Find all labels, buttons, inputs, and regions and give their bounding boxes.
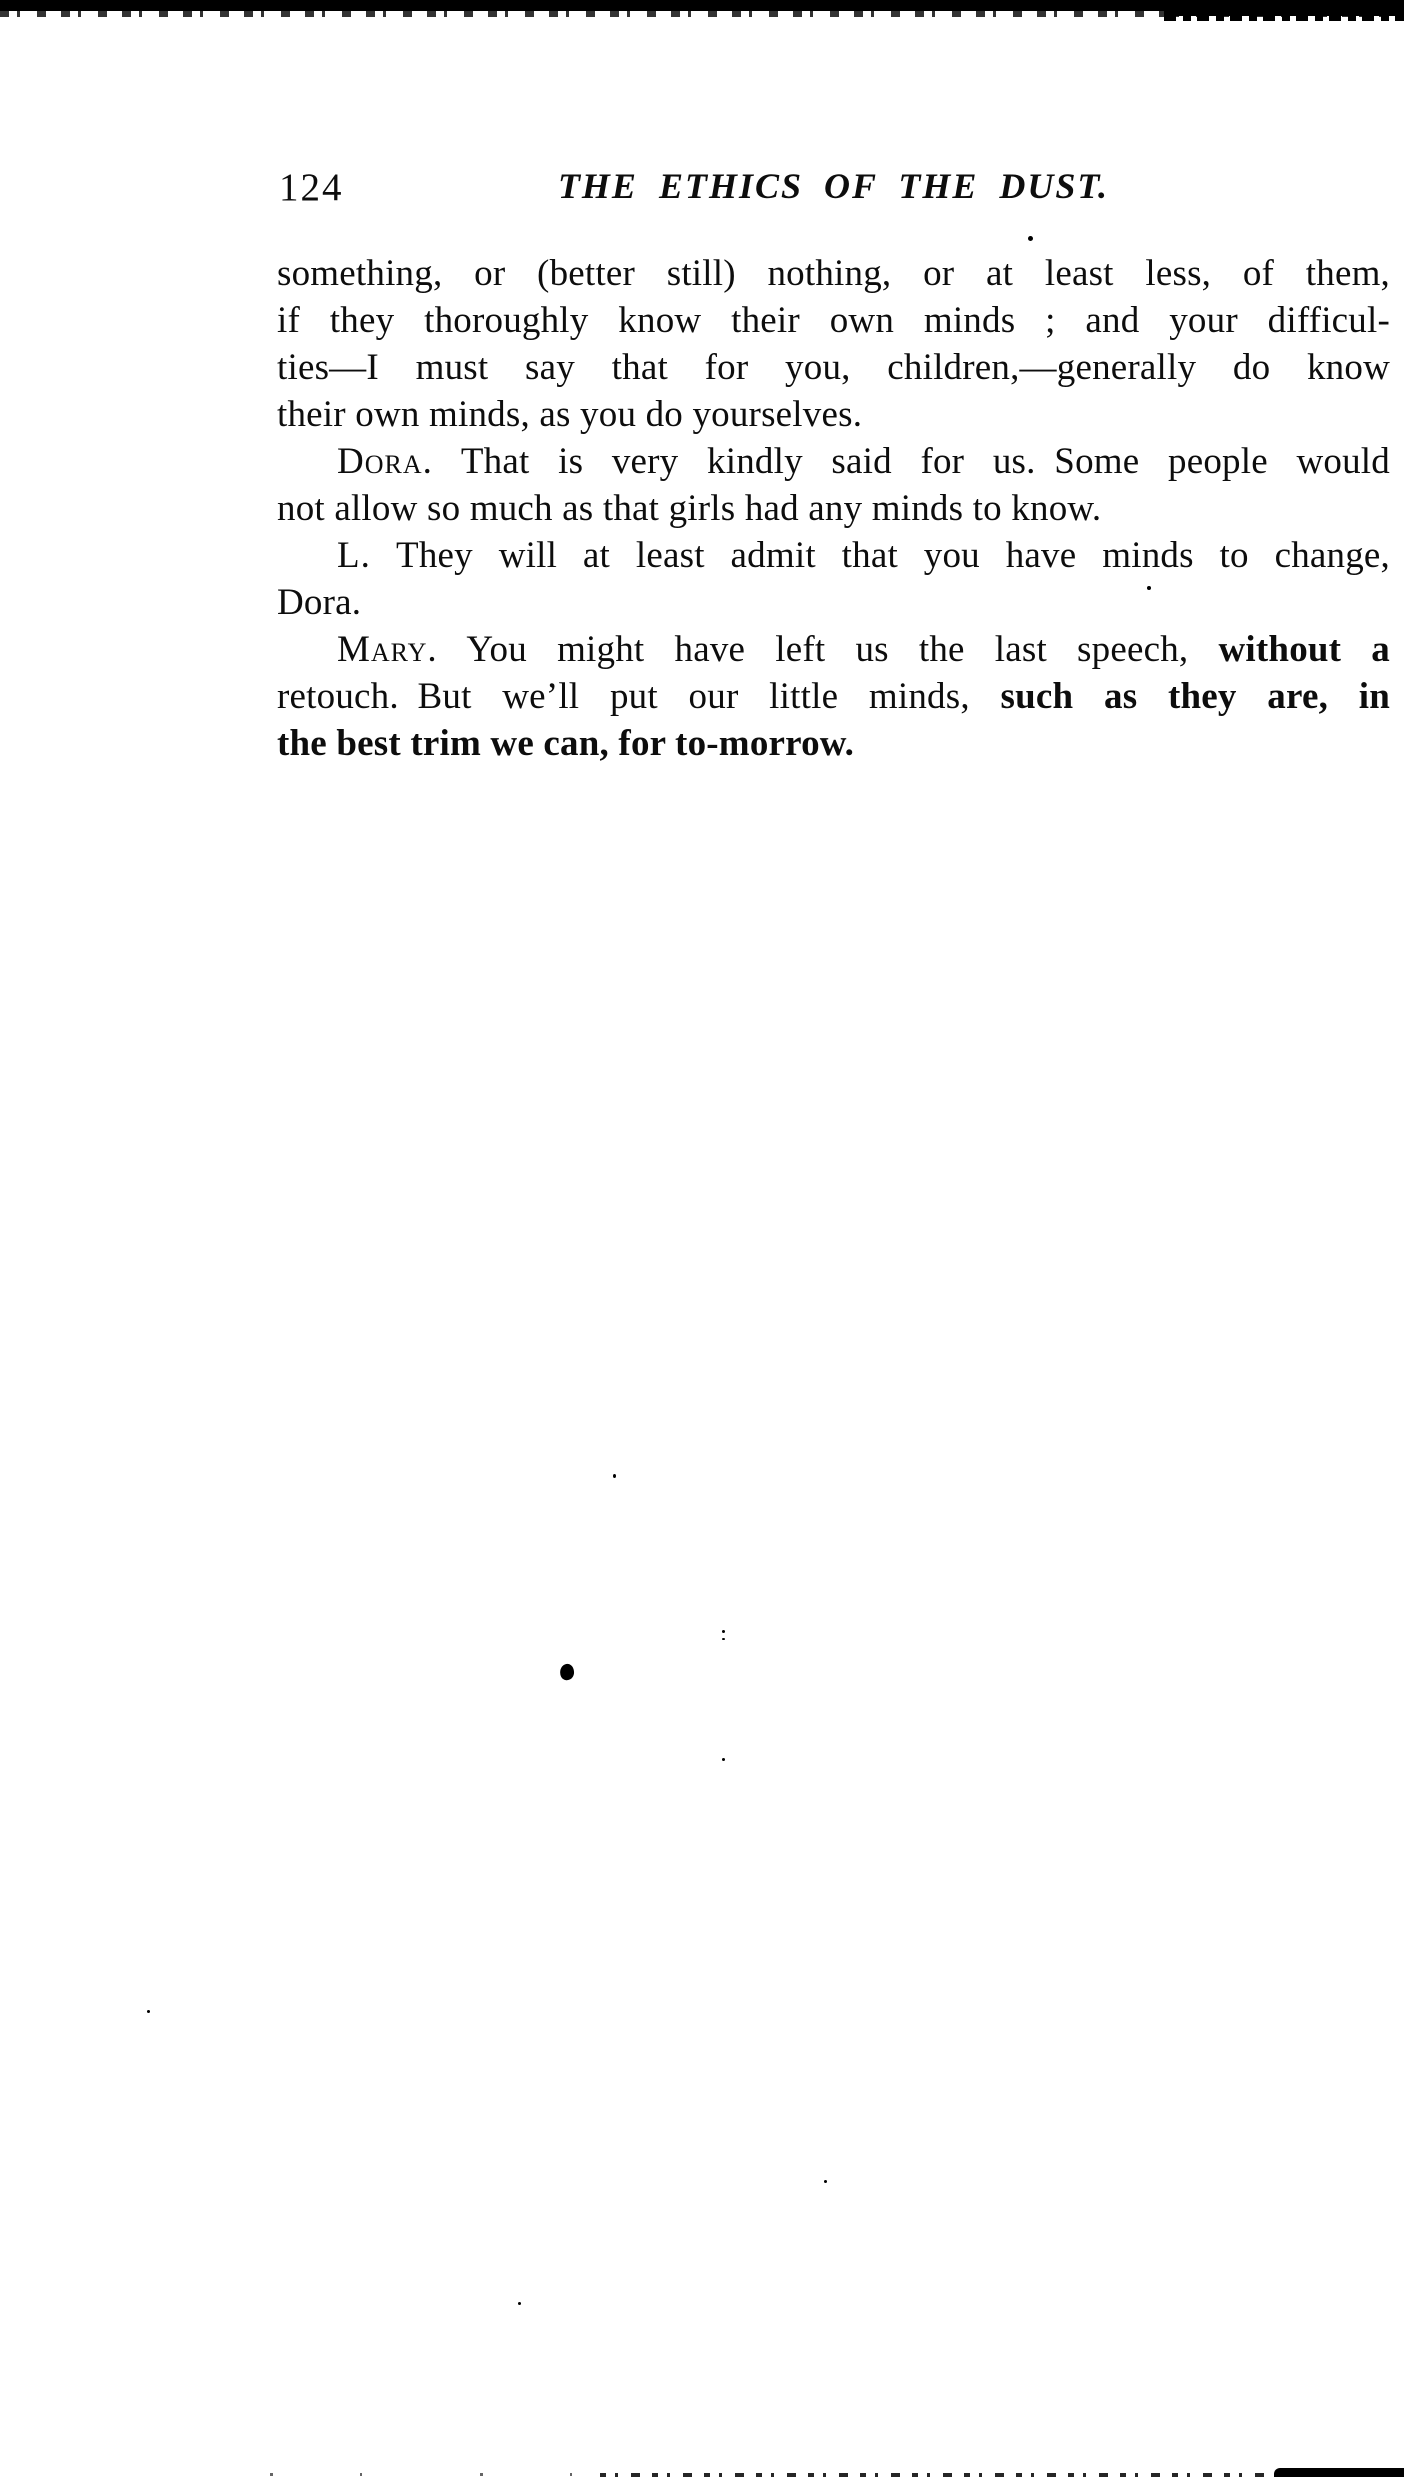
body-text: something, or (better still) nothing, or… <box>277 250 1390 767</box>
text-line: ties—I must say that for you, children,—… <box>277 344 1390 391</box>
text-line: L. They will at least admit that you hav… <box>277 532 1390 579</box>
speaker-name: L. <box>337 535 371 576</box>
text-line: Dora. <box>277 579 1390 626</box>
line-text: That is very kindly said for us. Some pe… <box>461 441 1390 482</box>
ink-speck <box>613 1474 616 1478</box>
line-text: They will at least admit that you have m… <box>396 535 1390 576</box>
text-line: the best trim we can, for to-morrow. <box>277 720 1390 767</box>
running-title: THE ETHICS OF THE DUST. <box>277 165 1390 207</box>
line-text-bold: without a <box>1219 629 1391 670</box>
text-line: something, or (better still) nothing, or… <box>277 250 1390 297</box>
line-text: if they thoroughly know their own minds … <box>277 300 1390 341</box>
line-text: not allow so much as that girls had any … <box>277 488 1101 529</box>
scan-edge-bottom-strip <box>600 2473 1279 2477</box>
ink-blot <box>558 1663 575 1682</box>
ink-speck <box>518 2302 521 2305</box>
scan-edge-bottom-specks <box>270 2473 600 2476</box>
page-header: 124 THE ETHICS OF THE DUST. <box>277 163 1390 213</box>
line-text: their own minds, as you do yourselves. <box>277 394 862 435</box>
text-line: if they thoroughly know their own minds … <box>277 297 1390 344</box>
text-line: Mary. You might have left us the last sp… <box>277 626 1390 673</box>
scan-edge-top-right <box>1164 0 1404 16</box>
scanned-book-page: 124 THE ETHICS OF THE DUST. something, o… <box>0 0 1404 2477</box>
line-text-bold: such as they are, in <box>1001 676 1390 717</box>
line-text: something, or (better still) nothing, or… <box>277 253 1390 294</box>
text-line: their own minds, as you do yourselves. <box>277 391 1390 438</box>
ink-speck <box>147 2010 150 2013</box>
line-text: retouch. But we’ll put our little minds, <box>277 676 970 717</box>
line-text: You might have left us the last speech, <box>466 629 1188 670</box>
line-text: Dora. <box>277 582 361 623</box>
ink-speck <box>722 1638 725 1640</box>
scan-edge-bottom-corner <box>1274 2468 1404 2477</box>
ink-speck <box>722 1758 725 1761</box>
text-line: retouch. But we’ll put our little minds,… <box>277 673 1390 720</box>
ink-speck <box>1028 236 1033 241</box>
text-line: not allow so much as that girls had any … <box>277 485 1390 532</box>
ink-speck <box>722 1630 725 1633</box>
speaker-name: Mary. <box>337 629 438 670</box>
line-text: ties—I must say that for you, children,—… <box>277 347 1390 388</box>
ink-speck <box>824 2180 827 2183</box>
line-text-bold: the best trim we can, for to-morrow. <box>277 723 854 764</box>
text-line: Dora. That is very kindly said for us. S… <box>277 438 1390 485</box>
speaker-name: Dora. <box>337 441 433 482</box>
